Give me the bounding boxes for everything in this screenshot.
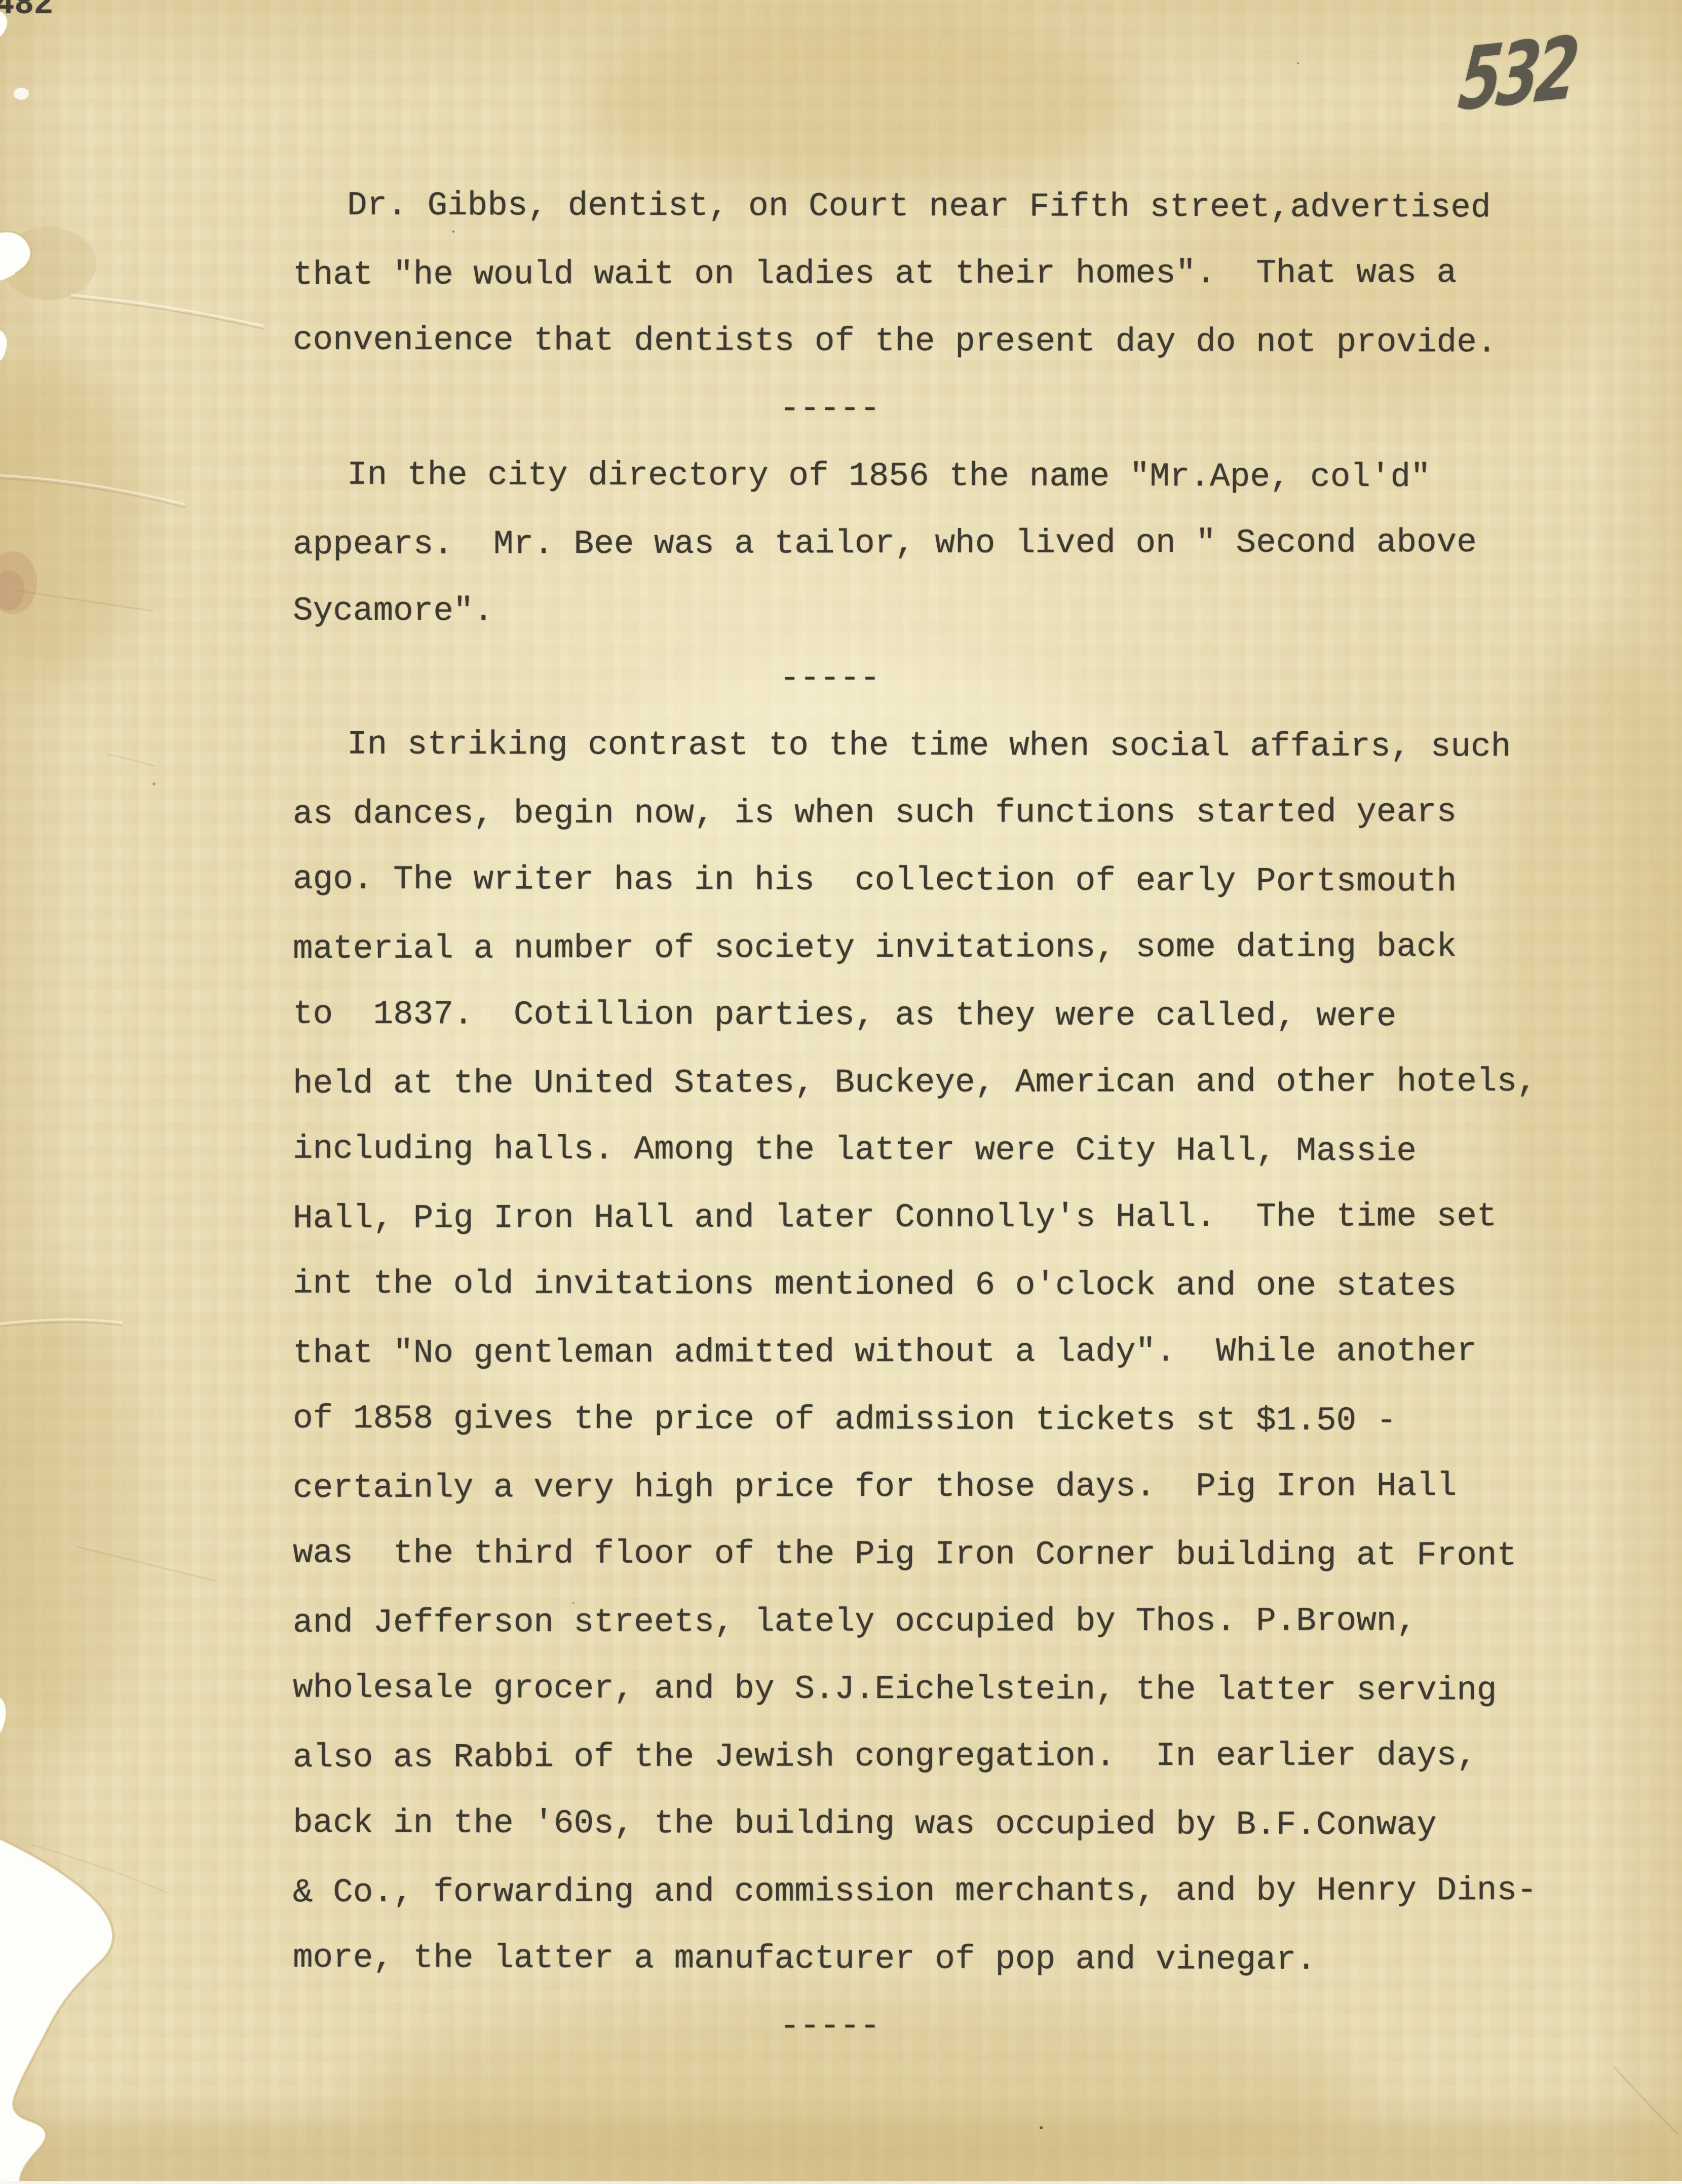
typed-line: that "he would wait on ladies at their h…: [293, 256, 1457, 292]
typed-line: In striking contrast to the time when so…: [347, 728, 1511, 764]
typed-line: Sycamore".: [293, 594, 493, 628]
separator-dashes: -----: [780, 662, 880, 695]
typed-line: Hall, Pig Iron Hall and later Connolly's…: [293, 1200, 1497, 1235]
typed-line: including halls. Among the latter were C…: [293, 1133, 1417, 1169]
separator-dashes: -----: [780, 392, 880, 426]
typed-line: & Co., forwarding and commission merchan…: [293, 1874, 1537, 1909]
typed-line: also as Rabbi of the Jewish congregation…: [293, 1739, 1477, 1775]
typed-line: appears. Mr. Bee was a tailor, who lived…: [293, 526, 1477, 561]
typed-line: of 1858 gives the price of admission tic…: [293, 1402, 1396, 1438]
typed-line: more, the latter a manufacturer of pop a…: [293, 1941, 1316, 1977]
typed-text: Dr. Gibbs, dentist, on Court near Fifth …: [0, 0, 1682, 2181]
typed-line: int the old invitations mentioned 6 o'cl…: [293, 1267, 1457, 1303]
typed-line: wholesale grocer, and by S.J.Eichelstein…: [293, 1672, 1497, 1708]
typed-line: In the city directory of 1856 the name "…: [347, 459, 1431, 494]
typed-line: to 1837. Cotillion parties, as they were…: [293, 998, 1396, 1034]
typed-line: held at the United States, Buckeye, Amer…: [293, 1065, 1537, 1101]
typed-line: and Jefferson streets, lately occupied b…: [293, 1604, 1417, 1640]
separator-dashes: -----: [780, 2010, 880, 2043]
typed-line: Dr. Gibbs, dentist, on Court near Fifth …: [347, 189, 1491, 225]
scanned-document-page: 482 532 Dr. Gibbs, dentist, on Court nea…: [0, 0, 1682, 2181]
typed-line: material a number of society invitations…: [293, 930, 1457, 966]
typed-line: was the third floor of the Pig Iron Corn…: [293, 1536, 1517, 1572]
typed-line: that "No gentleman admitted without a la…: [293, 1335, 1477, 1370]
typed-line: as dances, begin now, is when such funct…: [293, 796, 1457, 831]
typed-line: convenience that dentists of the present…: [293, 324, 1497, 360]
typed-line: back in the '60s, the building was occup…: [293, 1806, 1437, 1842]
typed-line: certainly a very high price for those da…: [293, 1470, 1457, 1505]
typed-line: ago. The writer has in his collection of…: [293, 863, 1457, 899]
